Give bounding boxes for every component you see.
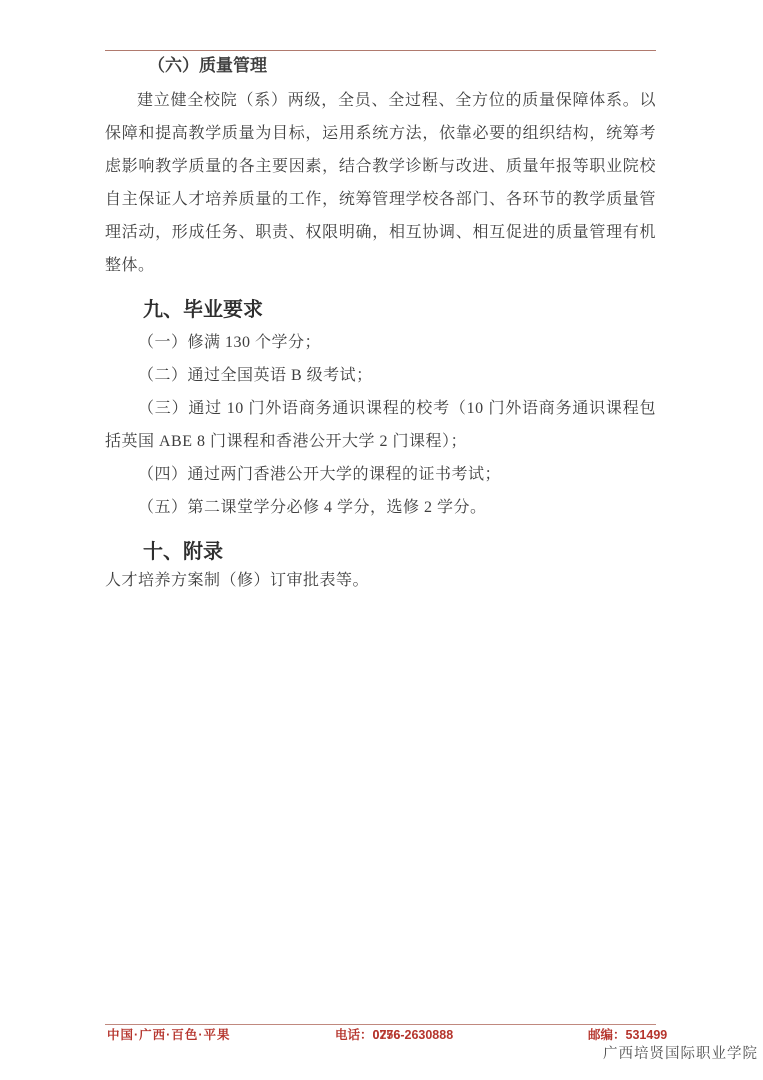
footer-postal-label: 邮编： <box>588 1028 626 1042</box>
requirement-item-2: （二）通过全国英语 B 级考试； <box>105 359 656 392</box>
footer-phone-ghost-overlay: 0256 <box>373 1028 401 1043</box>
requirement-item-4: （四）通过两门香港公开大学的课程的证书考试； <box>105 458 656 491</box>
section10-paragraph: 人才培养方案制（修）订审批表等。 <box>105 568 656 594</box>
requirement-item-5: （五）第二课堂学分必修 4 学分，选修 2 学分。 <box>105 491 656 524</box>
document-page: （六）质量管理 建立健全校院（系）两级，全员、全过程、全方位的质量保障体系。以保… <box>0 0 763 1080</box>
requirement-item-3: （三）通过 10 门外语商务通识课程的校考（10 门外语商务通识课程包括英国 A… <box>105 392 656 458</box>
footer-rule <box>105 1024 656 1025</box>
header-rule <box>105 50 656 51</box>
footer-phone-label: 电话： <box>335 1028 373 1042</box>
footer-postal-code: 531499 <box>626 1028 668 1042</box>
footer-phone: 电话：02560776-2630888 <box>335 1028 453 1043</box>
section10-heading: 十、附录 <box>105 539 656 565</box>
footer-location: 中国·广西·百色·平果 <box>107 1028 231 1043</box>
requirement-item-1: （一）修满 130 个学分； <box>105 326 656 359</box>
document-content: （六）质量管理 建立健全校院（系）两级，全员、全过程、全方位的质量保障体系。以保… <box>105 50 656 594</box>
section9-heading: 九、毕业要求 <box>105 297 656 323</box>
school-name-mark: 广西培贤国际职业学院 <box>603 1045 758 1063</box>
footer-postal: 邮编：531499 <box>588 1028 667 1043</box>
section6-paragraph: 建立健全校院（系）两级，全员、全过程、全方位的质量保障体系。以保障和提高教学质量… <box>105 84 656 282</box>
section6-heading: （六）质量管理 <box>105 54 656 77</box>
footer-phone-number: 02560776-2630888 <box>373 1028 454 1043</box>
